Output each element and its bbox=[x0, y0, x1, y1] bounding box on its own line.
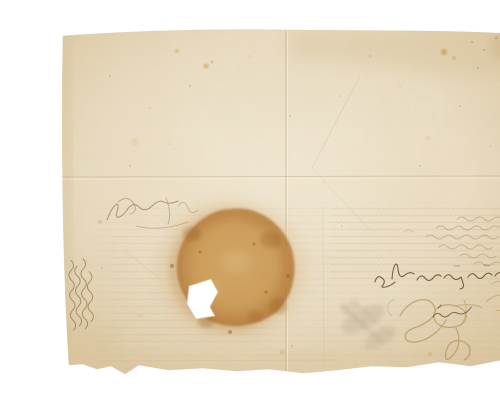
paper-sheet bbox=[51, 26, 500, 378]
manuscript-scene bbox=[40, 16, 500, 389]
seal-stain bbox=[159, 202, 303, 338]
manuscript-photo bbox=[40, 16, 500, 389]
